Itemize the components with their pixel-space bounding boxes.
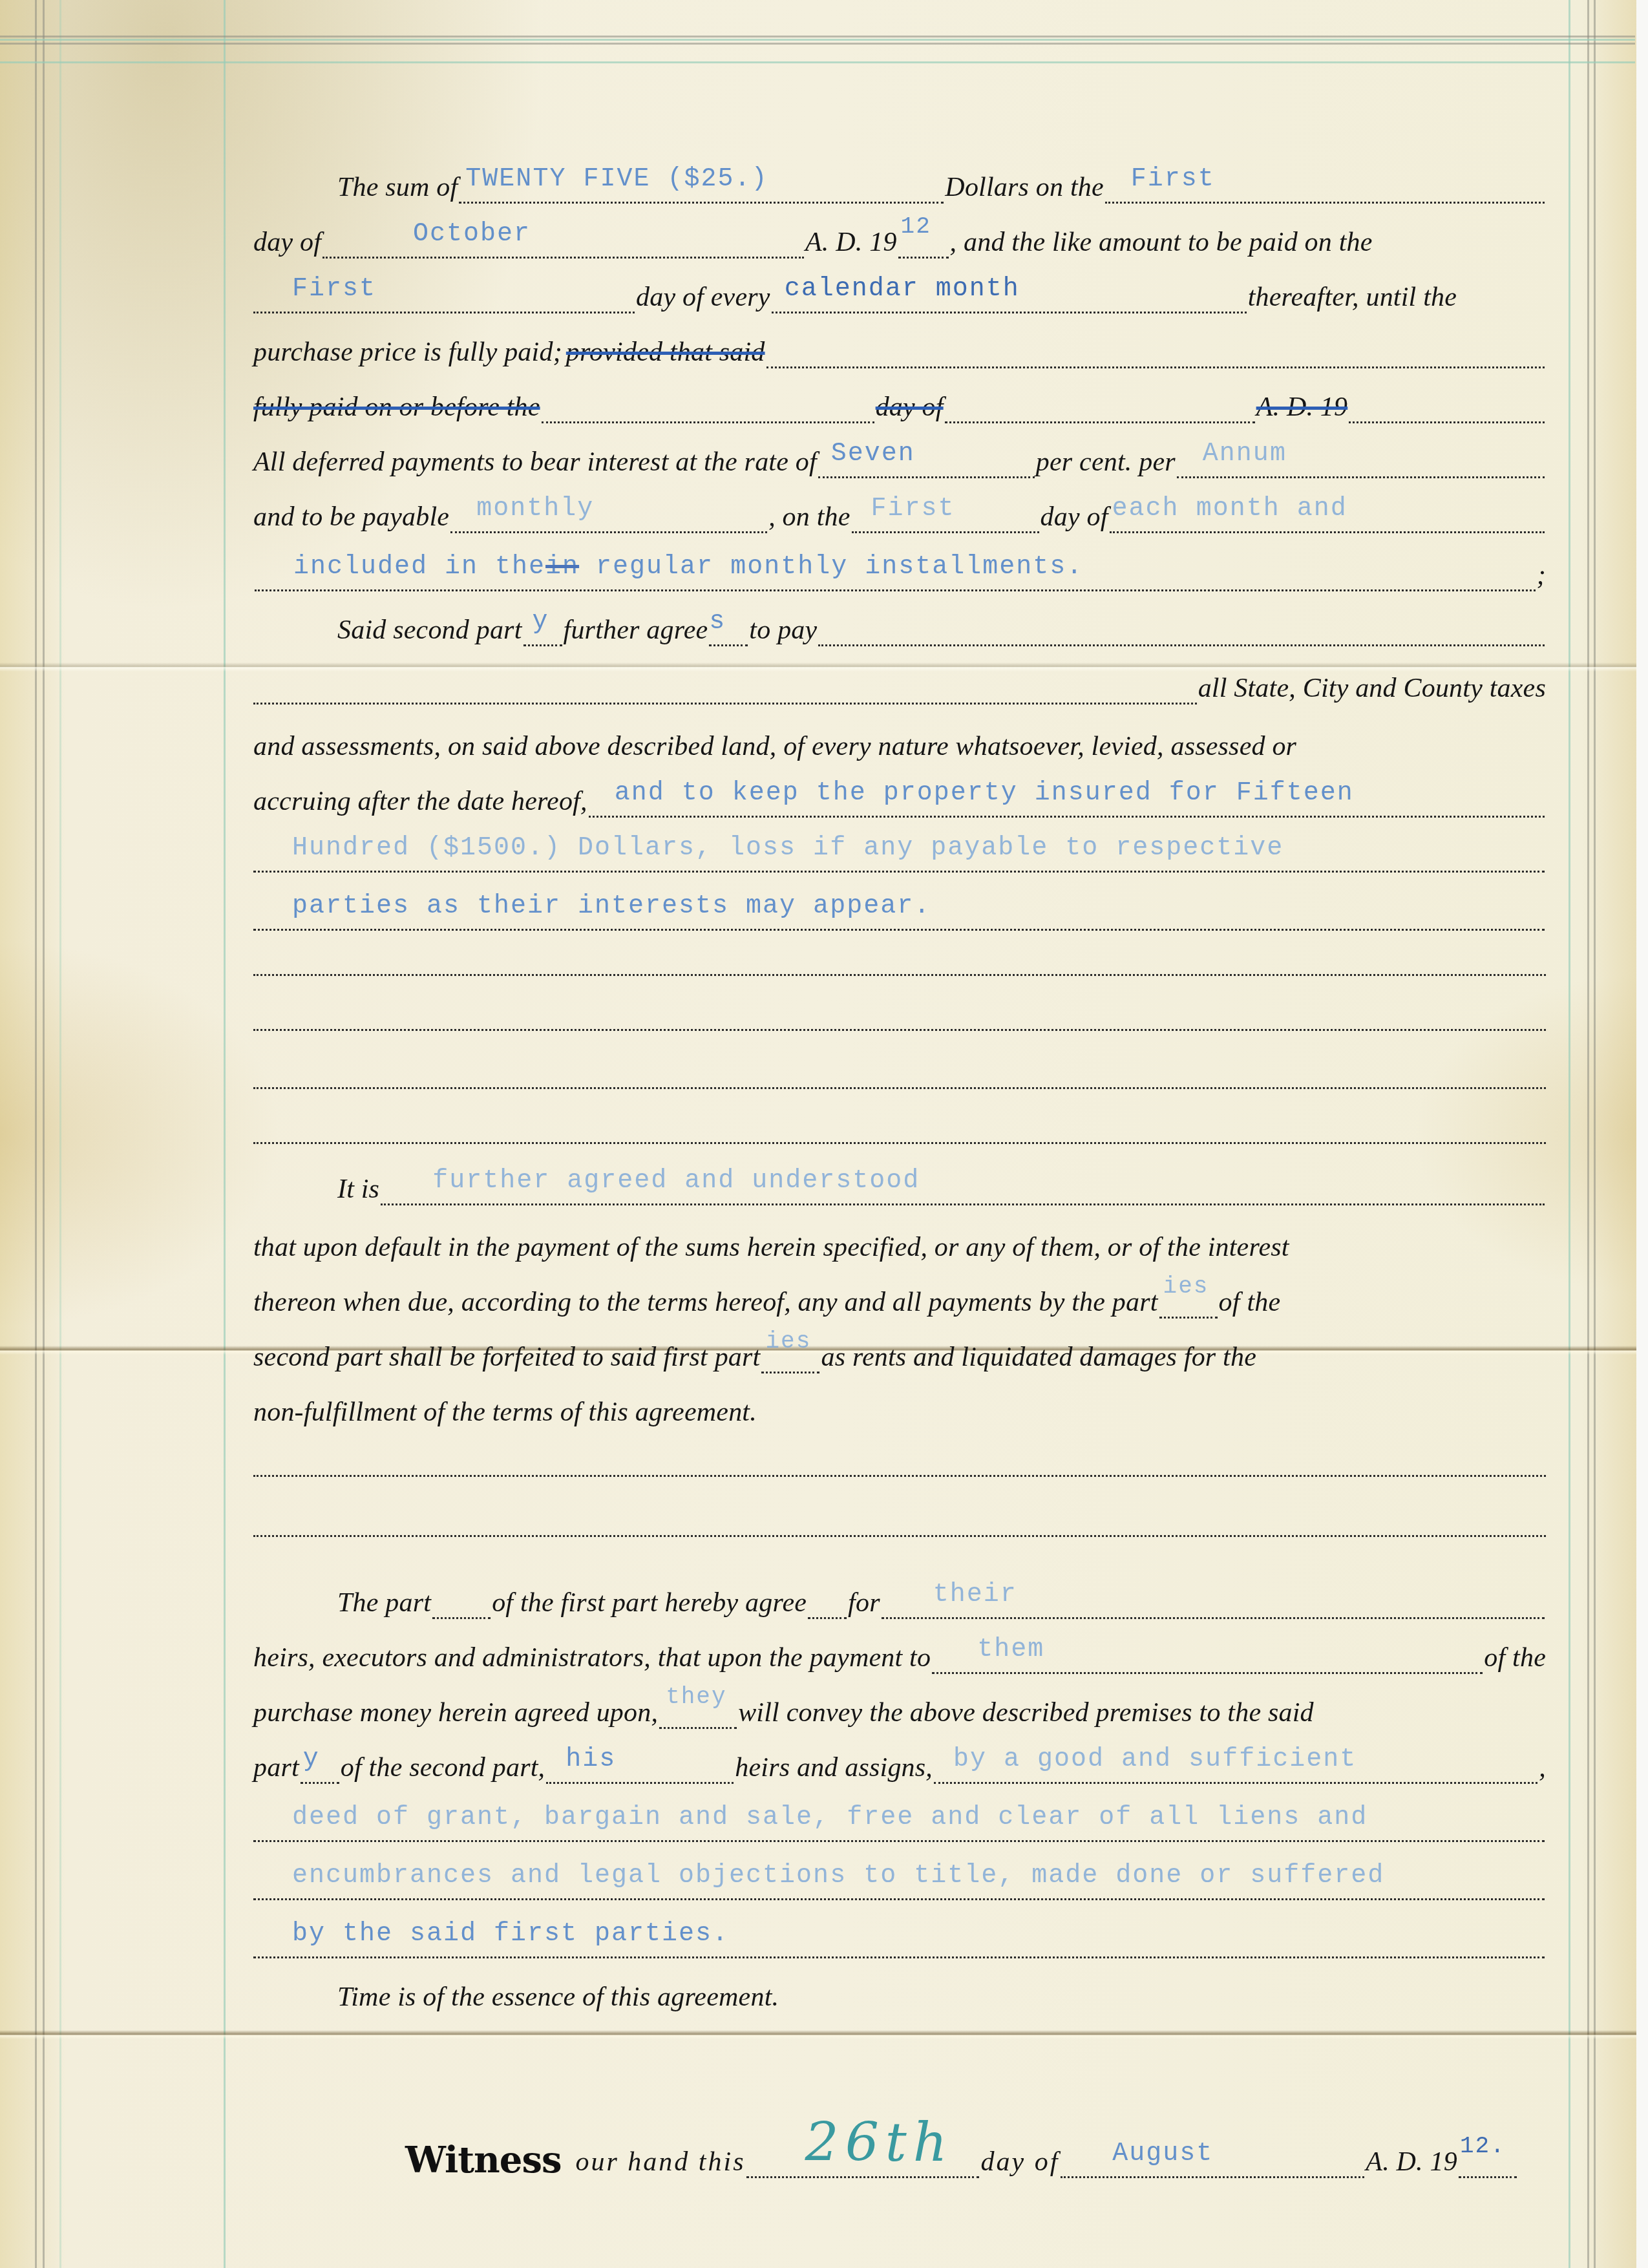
field-sum-amount[interactable]: TWENTY FIVE ($25.) (459, 163, 944, 204)
margin-rule-left-mint (59, 0, 61, 2268)
margin-rule-right-outer (1587, 0, 1589, 2268)
label-on-the: , on the (768, 503, 850, 533)
field-recurring-day[interactable]: First (253, 273, 635, 313)
taxes-line-1: Said second part y further agree s to pa… (253, 588, 1546, 646)
default-line-3: thereon when due, according to the terms… (253, 1260, 1546, 1319)
field-witness-month[interactable]: August (1061, 2137, 1364, 2178)
label-first-part-agree: of the first part hereby agree (492, 1589, 807, 1619)
default-line-5: non-fulfillment of the terms of this agr… (253, 1370, 1546, 1428)
typed-suffix-ies-2: ies (765, 1328, 811, 1355)
top-rule-3 (0, 43, 1635, 45)
field-agree-suffix-2[interactable] (808, 1578, 847, 1619)
payment-line-4: purchase price is fully paid; provided t… (253, 310, 1546, 368)
typed-period: calendar month (785, 275, 1020, 304)
payment-line-3: First day of every calendar month therea… (253, 255, 1546, 313)
payment-line-2: day of October A. D. 19 12 , and the lik… (253, 200, 1546, 259)
field-further-agreed[interactable]: further agreed and understood (381, 1165, 1545, 1205)
field-interest-included[interactable]: included in thein regular monthly instal… (255, 551, 1536, 591)
conveyance-line-3: purchase money herein agreed upon, they … (253, 1671, 1546, 1729)
witness-line: Witness our hand this 26th day of August… (405, 2120, 1546, 2178)
field-interest-period[interactable]: Annum (1177, 438, 1545, 478)
field-deed-4[interactable]: by the said first parties. (253, 1918, 1545, 1958)
label-our-hand-this: our hand this (575, 2148, 745, 2178)
top-rule-1 (0, 36, 1635, 37)
label-day-of: day of (253, 229, 321, 259)
fold-crease-3 (0, 2030, 1648, 2039)
interest-line-1: All deferred payments to bear interest a… (253, 420, 1546, 478)
typed-frequency: monthly (476, 494, 594, 524)
typed-witness-month: August (1112, 2139, 1213, 2168)
text-assessments: and assessments, on said above described… (253, 733, 1296, 763)
typed-suffix-s: s (709, 608, 726, 637)
typed-suffix-y: y (533, 608, 549, 637)
field-deed-type[interactable]: by a good and sufficient (934, 1743, 1537, 1784)
margin-rule-left-text (224, 0, 226, 2268)
field-struck-month[interactable] (945, 383, 1255, 423)
struck-provided-that-said: provided that said (566, 339, 765, 368)
field-period[interactable]: calendar month (772, 273, 1247, 313)
blank-line-6[interactable] (253, 1535, 1546, 1537)
label-accruing: accruing after the date hereof, (253, 788, 587, 818)
typed-insurance-3: parties as their interests may appear. (292, 892, 931, 921)
struck-in: in (545, 553, 579, 582)
handwritten-day: 26th (805, 2112, 953, 2174)
field-they[interactable]: they (659, 1688, 737, 1729)
label-for: for (848, 1589, 880, 1619)
label-the-part: The part (337, 1589, 431, 1619)
field-deed-3[interactable]: encumbrances and legal objections to tit… (253, 1860, 1545, 1900)
label-further-agree: further agree (564, 617, 708, 646)
default-line-4: second part shall be forfeited to said f… (253, 1315, 1546, 1373)
field-payment-to[interactable]: them (932, 1633, 1483, 1674)
label-ad-19: A. D. 19 (805, 229, 897, 259)
field-insurance-3[interactable]: parties as their interests may appear. (253, 890, 1545, 931)
margin-rule-right-inner (1594, 0, 1596, 2268)
field-first-payment-day[interactable]: First (1105, 163, 1545, 204)
label-witness-day-of: day of (980, 2148, 1059, 2178)
top-rule-2 (0, 39, 1635, 41)
blank-line-1[interactable] (253, 974, 1546, 976)
label-like-amount: , and the like amount to be paid on the (950, 229, 1373, 259)
label-per-cent-per: per cent. per (1036, 449, 1176, 478)
label-day-of: day of (1041, 503, 1108, 533)
conveyance-line-2: heirs, executors and administrators, tha… (253, 1616, 1546, 1674)
field-payable-frequency[interactable]: monthly (450, 493, 767, 533)
struck-ad-19: A. D. 19 (1256, 394, 1348, 423)
label-of-the-2: of the (1484, 1644, 1546, 1674)
witness-heading: Witness (405, 2142, 561, 2178)
label-forfeited: second part shall be forfeited to said f… (253, 1344, 760, 1373)
label-interest-rate: All deferred payments to bear interest a… (253, 449, 817, 478)
field-struck-year[interactable] (1349, 383, 1545, 423)
field-interest-day[interactable]: First (852, 493, 1039, 533)
typed-interest-day: First (871, 494, 955, 524)
label-to-pay: to pay (749, 617, 817, 646)
blank-line-2[interactable] (253, 1029, 1546, 1031)
field-insurance-2[interactable]: Hundred ($1500.) Dollars, loss if any pa… (253, 832, 1545, 873)
essence-line: Time is of the essence of this agreement… (253, 1955, 1546, 2013)
typed-witness-year: 12. (1460, 2133, 1506, 2159)
typed-first-parties: by the said first parties. (292, 1920, 729, 1949)
label-will-convey: will convey the above described premises… (738, 1699, 1314, 1729)
conveyance-line-4: part y of the second part, his heirs and… (253, 1726, 1546, 1784)
typed-recurring-day: First (292, 275, 376, 304)
page-edge (1636, 0, 1648, 2268)
field-interest-when[interactable]: each month and (1110, 493, 1545, 533)
label-of-second-part: of the second part, (341, 1754, 545, 1784)
label-said-second-part: Said second part (337, 617, 522, 646)
label-payable: and to be payable (253, 503, 449, 533)
taxes-line-5: Hundred ($1500.) Dollars, loss if any pa… (253, 814, 1546, 873)
label-thereafter: thereafter, until the (1248, 284, 1457, 313)
payment-line-1: The sum of TWENTY FIVE ($25.) Dollars on… (253, 145, 1546, 204)
field-party-suffix-2[interactable]: ies (1159, 1278, 1218, 1319)
field-his[interactable]: his (546, 1743, 734, 1784)
taxes-line-2: all State, City and County taxes (253, 646, 1546, 705)
typed-them: them (977, 1635, 1044, 1664)
field-first-payment-month[interactable]: October (322, 218, 804, 259)
text-time-essence: Time is of the essence of this agreement… (337, 1984, 779, 2013)
field-first-party-suffix[interactable] (432, 1578, 491, 1619)
field-insurance[interactable]: and to keep the property insured for Fif… (589, 777, 1545, 818)
typed-when: each month and (1112, 494, 1347, 524)
field-first-payment-year[interactable]: 12 (898, 218, 949, 259)
typed-further-agreed: further agreed and understood (432, 1167, 920, 1196)
typed-they: they (666, 1684, 726, 1710)
field-taxes-blank[interactable] (253, 664, 1197, 705)
top-rule-4 (0, 61, 1635, 63)
struck-day-of: day of (876, 394, 944, 423)
conveyance-line-5: deed of grant, bargain and sale, free an… (253, 1784, 1546, 1842)
typed-day: First (1131, 165, 1215, 194)
typed-included-b: regular monthly installments. (596, 553, 1083, 582)
taxes-line-6: parties as their interests may appear. (253, 873, 1546, 931)
label-of-the: of the (1219, 1289, 1281, 1319)
typed-deed-grant: deed of grant, bargain and sale, free an… (292, 1803, 1368, 1832)
label-rents-damages: as rents and liquidated damages for the (821, 1344, 1256, 1373)
label-heirs-assigns: heirs and assigns, (735, 1754, 933, 1784)
field-witness-year[interactable]: 12. (1459, 2137, 1517, 2178)
typed-amount: TWENTY FIVE ($25.) (465, 165, 768, 194)
payment-line-5: fully paid on or before the day of A. D.… (253, 365, 1546, 423)
typed-his: his (565, 1745, 616, 1774)
typed-year: 12 (901, 213, 931, 240)
label-part: part (253, 1754, 299, 1784)
interest-line-2: and to be payable monthly , on the First… (253, 475, 1546, 533)
blank-line-3[interactable] (253, 1087, 1546, 1089)
conveyance-line-7: by the said first parties. (253, 1900, 1546, 1958)
typed-encumbrances: encumbrances and legal objections to tit… (292, 1861, 1384, 1891)
taxes-line-4: accruing after the date hereof, and to k… (253, 759, 1546, 818)
label-taxes: all State, City and County taxes (1198, 675, 1546, 705)
field-their[interactable]: their (882, 1578, 1545, 1619)
margin-rule-left-inner (43, 0, 45, 2268)
typed-insurance-1: and to keep the property insured for Fif… (615, 779, 1354, 808)
blank-line-4[interactable] (253, 1142, 1546, 1144)
conveyance-line-1: The part of the first part hereby agree … (253, 1561, 1546, 1619)
conveyance-line-6: encumbrances and legal objections to tit… (253, 1842, 1546, 1900)
label-sum-of: The sum of (337, 174, 458, 204)
label-comma: , (1539, 1754, 1546, 1784)
label-witness-ad: A. D. 19 (1366, 2148, 1457, 2178)
label-payments-by-part: thereon when due, according to the terms… (253, 1289, 1158, 1319)
field-party-suffix-3[interactable]: ies (761, 1333, 819, 1373)
typed-interest-period: Annum (1203, 440, 1287, 469)
field-second-party-suffix[interactable]: y (301, 1743, 339, 1784)
field-party-suffix[interactable]: y (523, 606, 562, 646)
field-to-pay[interactable] (818, 606, 1545, 646)
typed-their: their (933, 1580, 1017, 1609)
taxes-line-3: and assessments, on said above described… (253, 705, 1546, 763)
default-line-2: that upon default in the payment of the … (253, 1205, 1546, 1264)
label-purchase-price-paid: purchase price is fully paid; (253, 339, 562, 368)
field-blank-line[interactable] (766, 328, 1545, 368)
margin-rule-left-outer (35, 0, 37, 2268)
label-purchase-money: purchase money herein agreed upon, (253, 1699, 658, 1729)
typed-insurance-2: Hundred ($1500.) Dollars, loss if any pa… (292, 834, 1284, 863)
typed-good-sufficient: by a good and sufficient (953, 1745, 1357, 1774)
field-struck-day[interactable] (542, 383, 874, 423)
field-deed-2[interactable]: deed of grant, bargain and sale, free an… (253, 1801, 1545, 1842)
struck-fully-paid-before: fully paid on or before the (253, 394, 540, 423)
field-agree-suffix[interactable]: s (709, 606, 748, 646)
text-non-fulfillment: non-fulfillment of the terms of this agr… (253, 1399, 757, 1428)
interest-line-3: included in thein regular monthly instal… (253, 533, 1546, 591)
label-heirs-executors: heirs, executors and administrators, tha… (253, 1644, 931, 1674)
field-witness-day[interactable]: 26th (746, 2137, 979, 2178)
label-day-of-every: day of every (636, 284, 770, 313)
margin-rule-right-mint (1569, 0, 1570, 2268)
typed-included: included in thein regular monthly instal… (293, 553, 1083, 582)
typed-suffix-ies: ies (1163, 1273, 1209, 1300)
default-line-1: It is further agreed and understood (253, 1147, 1546, 1205)
typed-month: October (413, 220, 531, 249)
blank-line-5[interactable] (253, 1475, 1546, 1477)
label-dollars-on-the: Dollars on the (945, 174, 1103, 204)
typed-suffix-y-2: y (303, 1745, 320, 1774)
typed-included-a: included in the (293, 553, 545, 582)
text-upon-default: that upon default in the payment of the … (253, 1234, 1289, 1264)
typed-rate: Seven (831, 440, 915, 469)
field-interest-rate[interactable]: Seven (818, 438, 1035, 478)
label-it-is: It is (337, 1176, 379, 1205)
label-semicolon: ; (1537, 562, 1546, 591)
